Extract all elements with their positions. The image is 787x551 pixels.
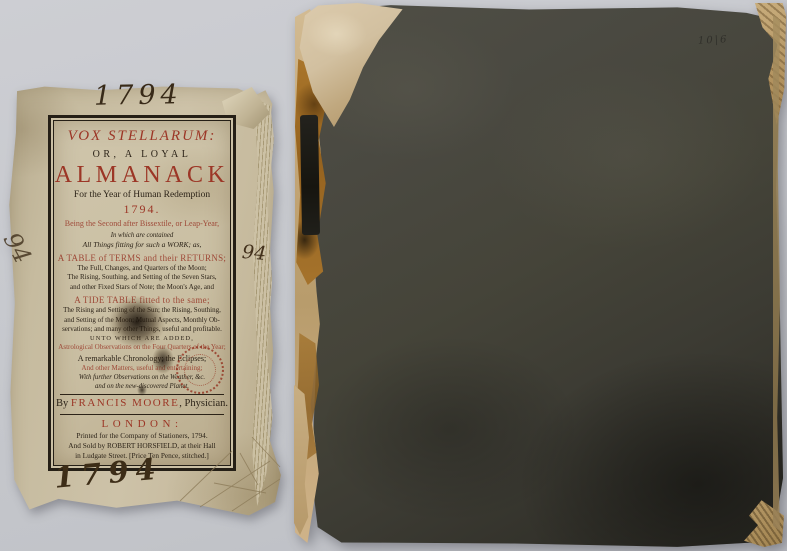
title-year: 1794. <box>54 202 230 216</box>
byline-prefix: By <box>56 398 68 409</box>
byline-suffix: , Physician. <box>179 398 228 409</box>
title-contained-line: In which are contained <box>54 231 230 240</box>
title-almanack: ALMANACK <box>54 162 230 189</box>
title-line-seven-stars: The Rising, Southing, and Setting of the… <box>54 273 230 282</box>
faint-inscription: 10|6 <box>698 34 729 47</box>
dark-book-cover <box>292 3 786 549</box>
title-line-moon: The Full, Changes, and Quarters of the M… <box>54 264 230 273</box>
handwritten-year-top: 1794 <box>94 79 183 112</box>
title-page-text: Vox Stellarum: OR, A LOYAL ALMANACK For … <box>54 123 230 465</box>
photo-scene: 1794 Vox Stellarum: OR, A LOYAL ALMANACK… <box>0 0 787 551</box>
title-or-a-loyal: OR, A LOYAL <box>54 148 230 162</box>
ink-stain-small <box>152 346 174 374</box>
almanac-booklet: 1794 Vox Stellarum: OR, A LOYAL ALMANACK… <box>6 84 282 531</box>
title-work-line: All Things fitting for such a WORK; as, <box>54 240 230 250</box>
divider-rule-bottom <box>60 414 224 415</box>
ink-stain-large <box>108 296 166 348</box>
spine-black-label <box>300 115 320 235</box>
title-redemption-line: For the Year of Human Redemption <box>54 189 230 202</box>
title-vox-stellarum: Vox Stellarum: <box>54 127 230 145</box>
dark-book: 10|6 <box>292 3 786 549</box>
title-page-frame: Vox Stellarum: OR, A LOYAL ALMANACK For … <box>48 115 236 471</box>
title-bissextile-line: Being the Second after Bissextile, or Le… <box>54 218 230 229</box>
title-table-of-terms: A TABLE of TERMS and their RETURNS; <box>54 252 230 264</box>
byline-author-name: Francis Moore <box>71 397 179 409</box>
crease-lines <box>174 423 284 515</box>
ink-stain-dot <box>137 384 147 396</box>
red-stamp <box>176 346 224 394</box>
title-line-fixed-stars: and other Fixed Stars of Note; the Moon'… <box>54 283 230 292</box>
byline: By Francis Moore, Physician. <box>54 396 230 411</box>
handwritten-94-right: 94 <box>241 241 267 265</box>
